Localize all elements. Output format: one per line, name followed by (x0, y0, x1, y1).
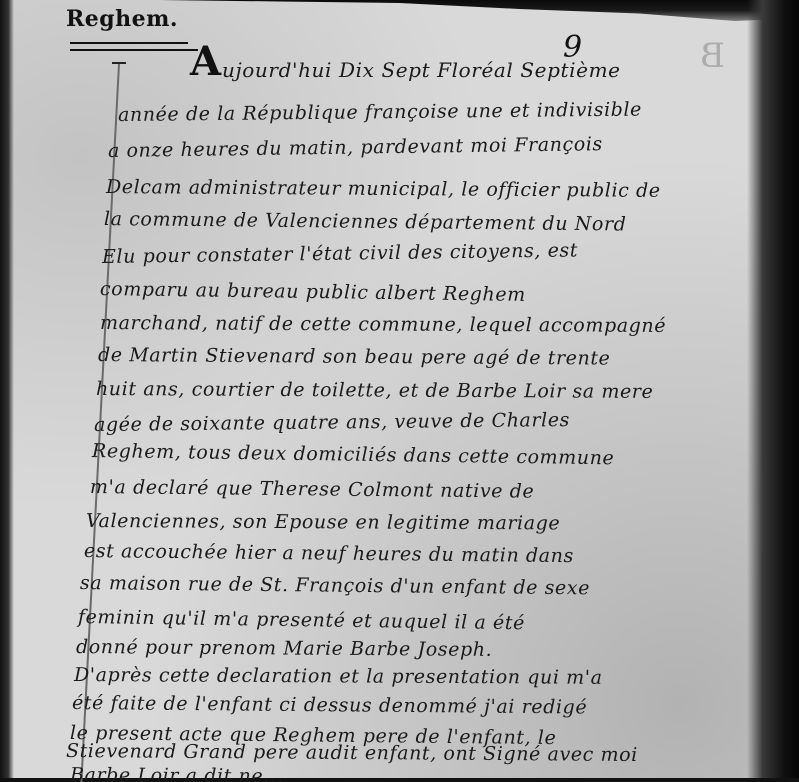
text-line: Stievenard Grand pere audit enfant, ont … (66, 740, 638, 766)
text-line: marchand, natif de cette commune, lequel… (100, 312, 666, 337)
text-line: Barbe Loir a dit ne... (70, 764, 283, 782)
text-line: ujourd'hui Dix Sept Floréal Septième (222, 58, 621, 82)
text-line: donné pour prenom Marie Barbe Joseph. (76, 636, 492, 661)
text-line: été faite de l'enfant ci dessus denommé … (72, 692, 587, 718)
text-line: année de la République françoise une et … (118, 99, 642, 126)
text-line: huit ans, courtier de toilette, et de Ba… (96, 378, 653, 403)
text-line: de Martin Stievenard son beau pere agé d… (98, 344, 611, 370)
text-line: la commune de Valenciennes département d… (104, 208, 627, 235)
text-line: Delcam administrateur municipal, le offi… (106, 176, 661, 202)
text-line: sa maison rue de St. François d'un enfan… (80, 572, 590, 599)
text-line: Valenciennes, son Epouse en legitime mar… (86, 510, 560, 534)
text-line: Elu pour constater l'état civil des cito… (102, 239, 578, 268)
text-line: m'a declaré que Therese Colmont native d… (90, 476, 535, 503)
handwritten-text: ujourd'hui Dix Sept Floréal Septième ann… (0, 0, 799, 782)
text-line: comparu au bureau public albert Reghem (100, 278, 526, 306)
text-line: agée de soixante quatre ans, veuve de Ch… (94, 409, 570, 436)
text-line: feminin qu'il m'a presenté et auquel il … (78, 606, 525, 634)
text-line: D'après cette declaration et la presenta… (74, 664, 603, 689)
document-page: Reghem. 9 B A ujourd'hui Dix Sept Floréa… (0, 0, 799, 782)
text-line: a onze heures du matin, pardevant moi Fr… (108, 133, 603, 162)
text-line: est accouchée hier a neuf heures du mati… (84, 540, 574, 567)
text-line: Reghem, tous deux domiciliés dans cette … (92, 440, 615, 469)
